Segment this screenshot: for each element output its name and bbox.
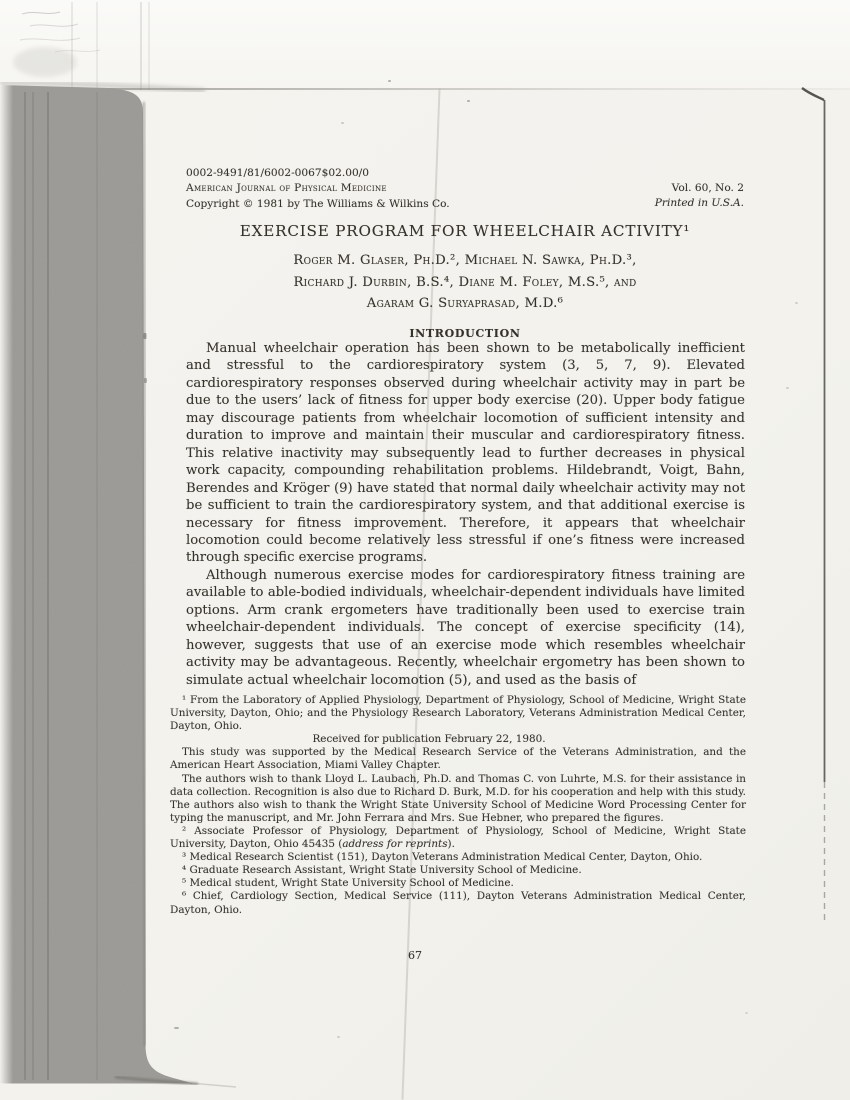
footnote-2: ² Associate Professor of Physiology, Dep… xyxy=(170,825,746,851)
page-number: 67 xyxy=(393,949,437,962)
author-line: Roger M. Glaser, Ph.D.², Michael N. Sawk… xyxy=(185,250,745,272)
journal-header-left: 0002-9491/81/6002-0067$02.00/0 American … xyxy=(186,166,450,212)
printed-in: Printed in U.S.A. xyxy=(655,196,744,211)
scan-speck xyxy=(341,122,344,124)
scan-speck xyxy=(467,100,470,102)
author-list: Roger M. Glaser, Ph.D.², Michael N. Sawk… xyxy=(185,250,745,315)
footnote-6: ⁶ Chief, Cardiology Section, Medical Ser… xyxy=(170,890,746,916)
scanned-page: 0002-9491/81/6002-0067$02.00/0 American … xyxy=(0,0,850,1100)
section-heading: INTRODUCTION xyxy=(185,327,745,340)
page-curl-edge-line xyxy=(780,80,850,940)
author-line: Richard J. Durbin, B.S.⁴, Diane M. Foley… xyxy=(185,272,745,294)
funding-note: This study was supported by the Medical … xyxy=(170,746,746,772)
footnote-5: ⁵ Medical student, Wright State Universi… xyxy=(170,877,746,890)
footnote-1: ¹ From the Laboratory of Applied Physiol… xyxy=(170,694,746,733)
scan-speck xyxy=(388,80,391,82)
journal-header-right: Vol. 60, No. 2 Printed in U.S.A. xyxy=(655,166,744,212)
acknowledgements-note: The authors wish to thank Lloyd L. Lauba… xyxy=(170,773,746,825)
scan-speck xyxy=(174,1027,179,1029)
footnote-4: ⁴ Graduate Research Assistant, Wright St… xyxy=(170,864,746,877)
journal-name: American Journal of Physical Medicine xyxy=(186,181,450,196)
footnotes-block: ¹ From the Laboratory of Applied Physiol… xyxy=(170,694,746,917)
footnote-2-text: ² Associate Professor of Physiology, Dep… xyxy=(170,825,746,850)
article-body: Manual wheelchair operation has been sho… xyxy=(186,340,745,689)
footnote-3: ³ Medical Research Scientist (151), Dayt… xyxy=(170,851,746,864)
scan-speck xyxy=(337,1036,340,1038)
received-line: Received for publication February 22, 19… xyxy=(112,733,746,746)
journal-header: 0002-9491/81/6002-0067$02.00/0 American … xyxy=(186,166,744,212)
intro-paragraph-2: Although numerous exercise modes for car… xyxy=(186,567,745,689)
scan-speck xyxy=(795,302,798,304)
volume-info: Vol. 60, No. 2 xyxy=(655,181,744,196)
fee-code-line: 0002-9491/81/6002-0067$02.00/0 xyxy=(186,166,450,181)
intro-paragraph-1: Manual wheelchair operation has been sho… xyxy=(186,340,745,567)
author-line: Agaram G. Suryaprasad, M.D.⁶ xyxy=(185,293,745,315)
footnote-2-reprints: address for reprints xyxy=(342,838,447,850)
copyright-line: Copyright © 1981 by The Williams & Wilki… xyxy=(186,197,450,212)
article-title: EXERCISE PROGRAM FOR WHEELCHAIR ACTIVITY… xyxy=(185,222,745,240)
scan-speck xyxy=(786,387,789,389)
footnote-2-close: ). xyxy=(448,838,455,850)
scan-speck xyxy=(745,1012,748,1014)
